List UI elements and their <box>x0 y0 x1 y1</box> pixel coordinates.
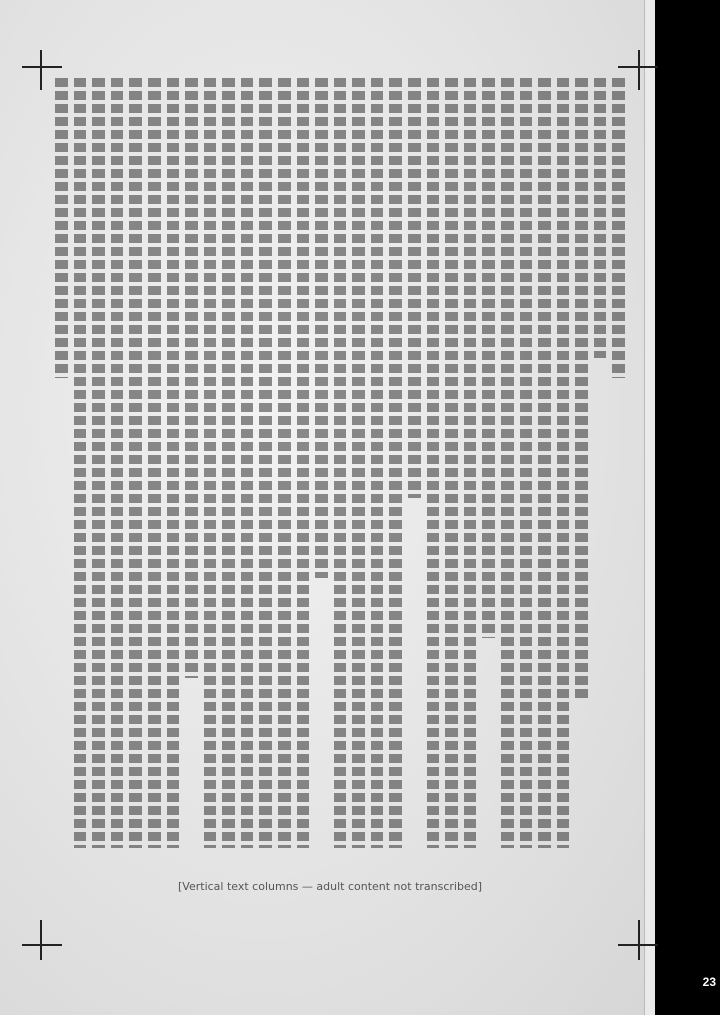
text-column <box>111 78 124 848</box>
text-column <box>612 78 625 378</box>
text-column <box>185 78 198 678</box>
text-column <box>222 78 235 848</box>
text-column <box>371 78 384 848</box>
text-column <box>148 78 161 848</box>
text-column <box>501 78 514 848</box>
text-column <box>204 78 217 848</box>
text-column <box>520 78 533 848</box>
text-column <box>259 78 272 848</box>
crop-mark <box>638 50 640 90</box>
text-column <box>482 78 495 638</box>
text-column <box>167 78 180 848</box>
crop-mark <box>638 920 640 960</box>
vertical-text-columns <box>55 78 625 848</box>
text-column <box>129 78 142 848</box>
text-column <box>557 78 570 848</box>
text-column <box>315 78 328 578</box>
text-column <box>594 78 607 358</box>
crop-mark <box>22 66 62 68</box>
text-column <box>297 78 310 848</box>
text-column <box>241 78 254 848</box>
text-column <box>538 78 551 848</box>
text-column <box>408 78 421 498</box>
crop-mark <box>618 944 658 946</box>
crop-mark <box>40 920 42 960</box>
text-column <box>92 78 105 848</box>
text-column <box>334 78 347 848</box>
page-number: 23 <box>703 975 716 989</box>
text-column <box>74 78 87 848</box>
text-column <box>464 78 477 848</box>
text-column <box>352 78 365 848</box>
text-column <box>55 78 68 378</box>
crop-mark <box>618 66 658 68</box>
text-column <box>575 78 588 698</box>
page-edge <box>644 0 655 1015</box>
document-page: [Vertical text columns — adult content n… <box>0 0 655 1015</box>
crop-mark <box>22 944 62 946</box>
text-column <box>445 78 458 848</box>
text-column <box>278 78 291 848</box>
text-column <box>427 78 440 848</box>
crop-mark <box>40 50 42 90</box>
text-column <box>389 78 402 848</box>
content-notice: [Vertical text columns — adult content n… <box>120 880 540 893</box>
